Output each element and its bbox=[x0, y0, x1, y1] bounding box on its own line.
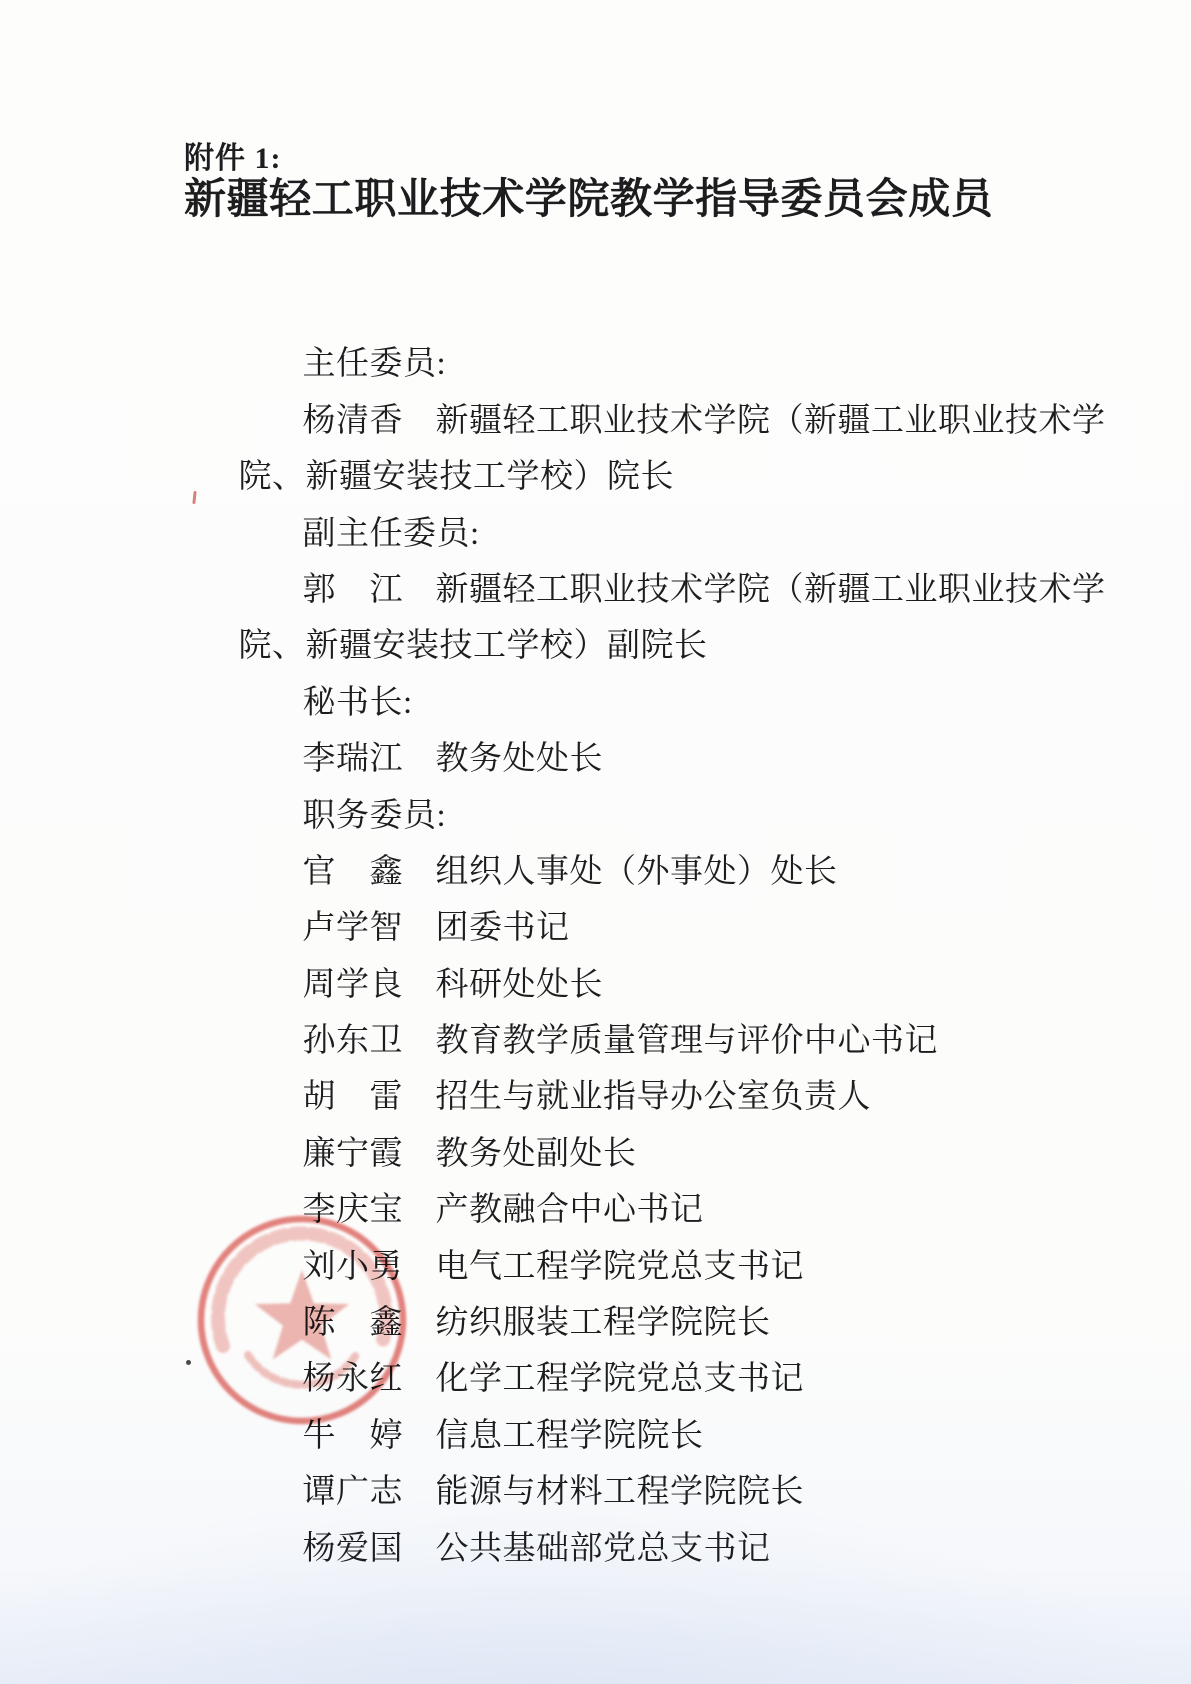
member-name: 廉宁霞 bbox=[303, 1126, 436, 1182]
line-text: 新疆轻工职业技术学院（新疆工业职业技术学 bbox=[436, 572, 1106, 608]
member-name: 胡 雷 bbox=[303, 1069, 436, 1125]
member-name: 杨永红 bbox=[303, 1351, 436, 1407]
line-text: 公共基础部党总支书记 bbox=[436, 1531, 771, 1567]
line-text: 产教融合中心书记 bbox=[436, 1192, 704, 1228]
line-text: 教务处处长 bbox=[436, 741, 604, 777]
member-name: 官 鑫 bbox=[303, 844, 436, 900]
line-text: 教育教学质量管理与评价中心书记 bbox=[436, 1023, 939, 1059]
document-line: 官 鑫组织人事处（外事处）处长 bbox=[0, 788, 1191, 844]
line-text: 新疆轻工职业技术学院（新疆工业职业技术学 bbox=[436, 403, 1106, 439]
document-line: 杨清香新疆轻工职业技术学院（新疆工业职业技术学 bbox=[0, 336, 1191, 392]
member-name: 郭 江 bbox=[303, 562, 436, 618]
line-text: 能源与材料工程学院院长 bbox=[436, 1474, 805, 1510]
document-line: 主任委员: bbox=[0, 280, 1191, 336]
line-text: 电气工程学院党总支书记 bbox=[436, 1249, 805, 1285]
line-text: 副主任委员: bbox=[303, 516, 480, 552]
member-name: 卢学智 bbox=[303, 900, 436, 956]
member-name: 谭广志 bbox=[303, 1464, 436, 1520]
scan-dot-artifact bbox=[186, 1360, 191, 1365]
line-text: 职务委员: bbox=[303, 798, 447, 834]
member-name: 陈 鑫 bbox=[303, 1295, 436, 1351]
line-text: 教务处副处长 bbox=[436, 1136, 637, 1172]
line-text: 院、新疆安装技工学校）副院长 bbox=[239, 628, 708, 664]
line-text: 招生与就业指导办公室负责人 bbox=[436, 1079, 872, 1115]
line-text: 团委书记 bbox=[436, 910, 570, 946]
line-text: 院、新疆安装技工学校）院长 bbox=[239, 459, 675, 495]
document-line: 李瑞江教务处处长 bbox=[0, 675, 1191, 731]
document-title: 新疆轻工职业技术学院教学指导委员会成员 bbox=[184, 166, 993, 226]
member-name: 孙东卫 bbox=[303, 1013, 436, 1069]
member-name: 刘小勇 bbox=[303, 1239, 436, 1295]
member-list: 主任委员: 杨清香新疆轻工职业技术学院（新疆工业职业技术学 院、新疆安装技工学校… bbox=[0, 280, 1191, 1521]
member-name: 李瑞江 bbox=[303, 731, 436, 787]
line-text: 信息工程学院院长 bbox=[436, 1418, 704, 1454]
member-name: 周学良 bbox=[303, 957, 436, 1013]
member-name: 李庆宝 bbox=[303, 1182, 436, 1238]
document-line: 郭 江新疆轻工职业技术学院（新疆工业职业技术学 bbox=[0, 506, 1191, 562]
line-text: 主任委员: bbox=[303, 346, 447, 382]
line-text: 组织人事处（外事处）处长 bbox=[436, 854, 838, 890]
member-name: 杨爱国 bbox=[303, 1521, 436, 1577]
line-text: 科研处处长 bbox=[436, 967, 604, 1003]
member-name: 牛 婷 bbox=[303, 1408, 436, 1464]
member-name: 杨清香 bbox=[303, 393, 436, 449]
line-text: 纺织服装工程学院院长 bbox=[436, 1305, 771, 1341]
document-line: 周学良科研处处长 bbox=[0, 900, 1191, 956]
scanned-document-page: 附件 1: 新疆轻工职业技术学院教学指导委员会成员 主任委员: 杨清香新疆轻工职… bbox=[0, 0, 1191, 1684]
line-text: 化学工程学院党总支书记 bbox=[436, 1361, 805, 1397]
line-text: 秘书长: bbox=[303, 685, 413, 721]
